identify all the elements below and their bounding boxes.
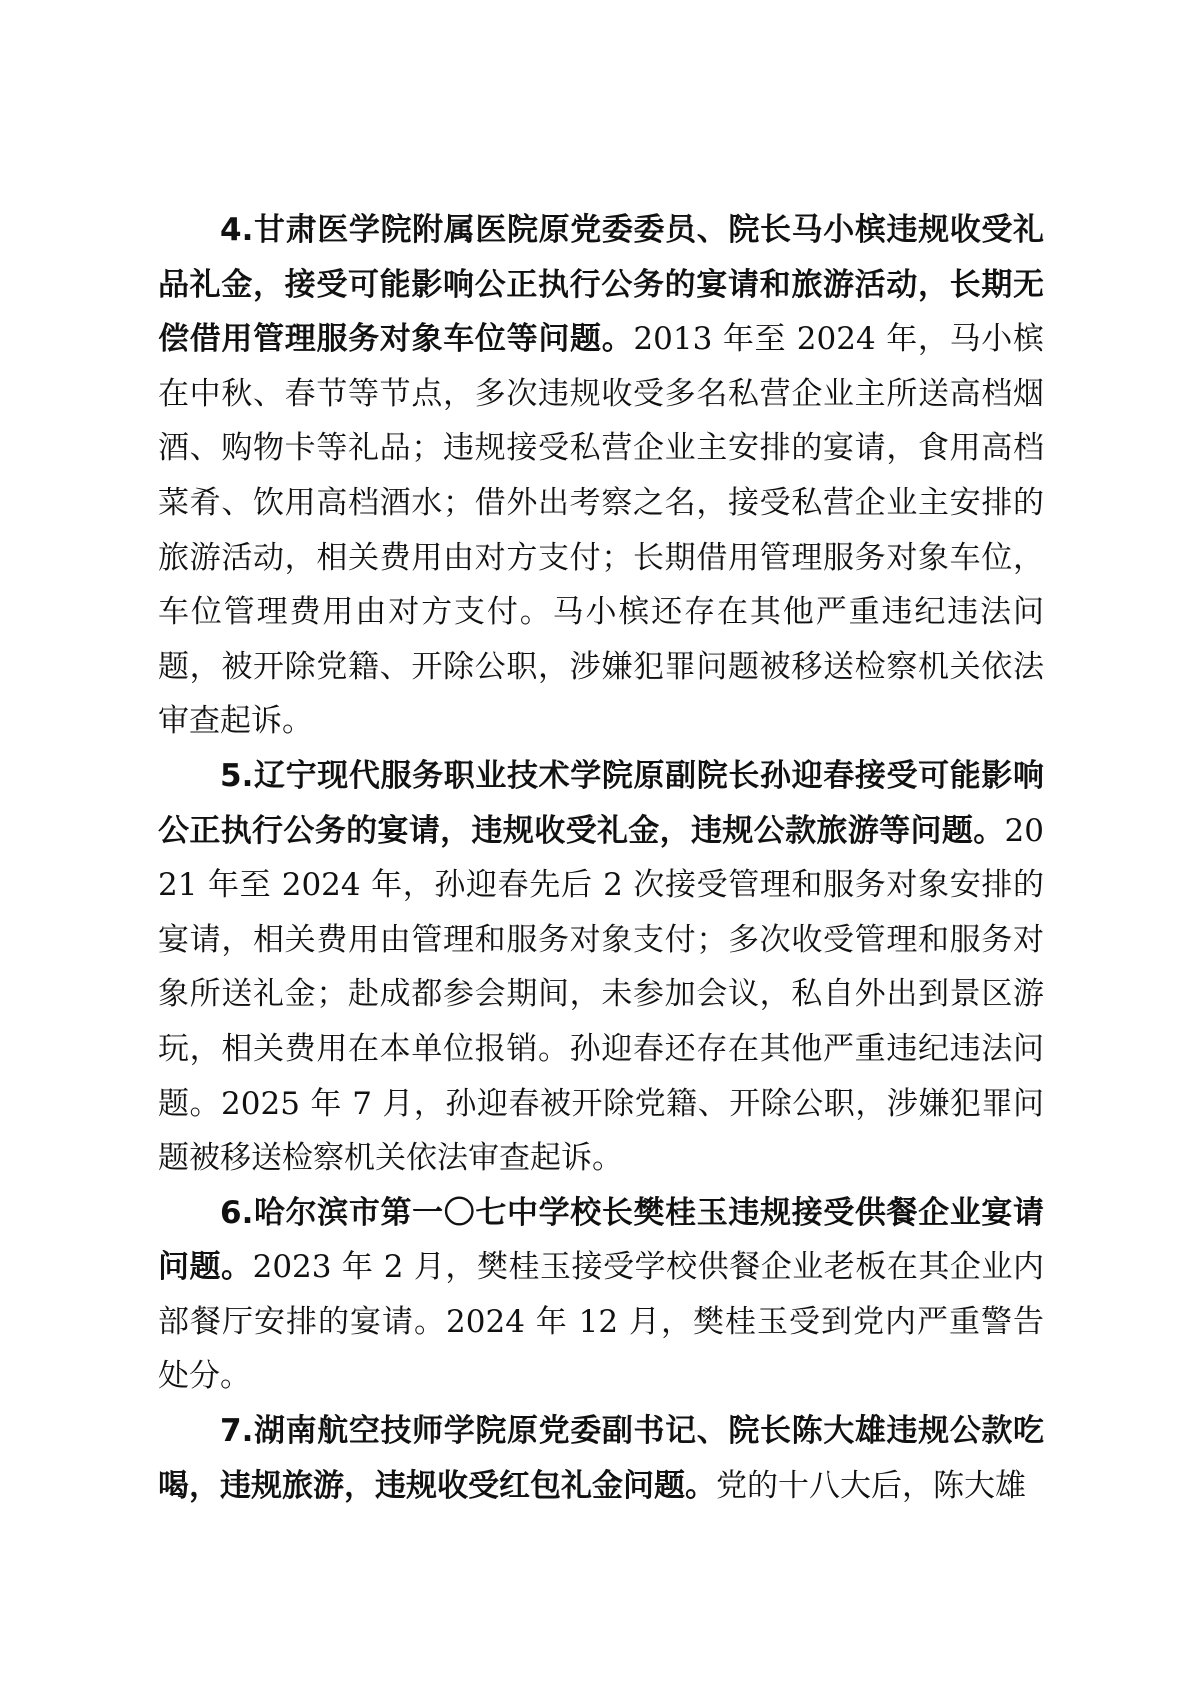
case-body: 2013 年至 2024 年，马小槟在中秋、春节等节点，多次违规收受多名私营企业… xyxy=(158,321,1044,739)
case-heading: 5.辽宁现代服务职业技术学院原副院长孙迎春接受可能影响公正执行公务的宴请，违规收… xyxy=(158,758,1044,849)
case-item-7: 7.湖南航空技师学院原党委副书记、院长陈大雄违规公款吃喝，违规旅游，违规收受红包… xyxy=(158,1404,1044,1513)
case-body: 2021 年至 2024 年，孙迎春先后 2 次接受管理和服务对象安排的宴请，相… xyxy=(158,813,1044,1177)
case-body: 2023 年 2 月，樊桂玉接受学校供餐企业老板在其企业内部餐厅安排的宴请。20… xyxy=(158,1249,1044,1394)
case-body: 党的十八大后，陈大雄 xyxy=(716,1468,1026,1504)
case-item-5: 5.辽宁现代服务职业技术学院原副院长孙迎春接受可能影响公正执行公务的宴请，违规收… xyxy=(158,749,1044,1186)
document-page: 4.甘肃医学院附属医院原党委委员、院长马小槟违规收受礼品礼金，接受可能影响公正执… xyxy=(158,203,1044,1513)
case-item-4: 4.甘肃医学院附属医院原党委委员、院长马小槟违规收受礼品礼金，接受可能影响公正执… xyxy=(158,203,1044,749)
case-item-6: 6.哈尔滨市第一〇七中学校长樊桂玉违规接受供餐企业宴请问题。2023 年 2 月… xyxy=(158,1186,1044,1404)
